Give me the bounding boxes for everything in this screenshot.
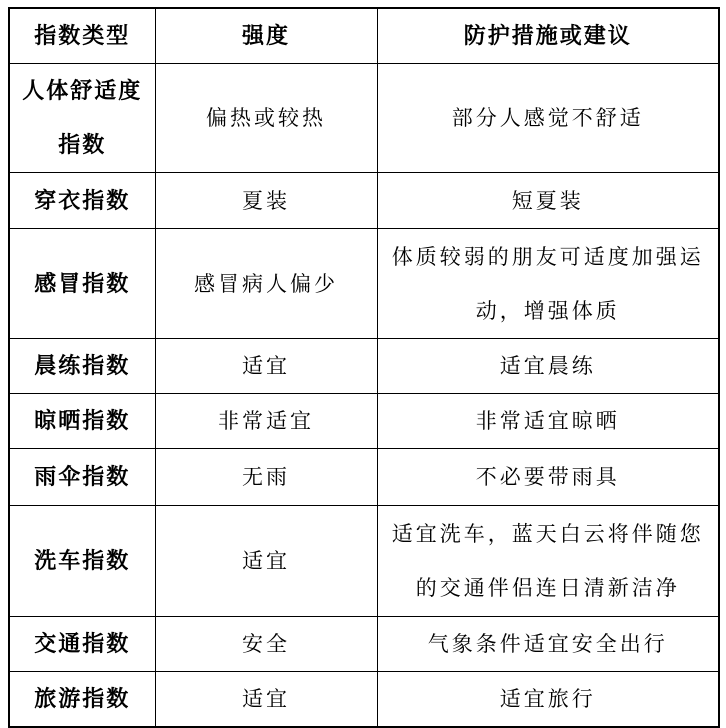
table-row: 交通指数 安全 气象条件适宜安全出行 (9, 617, 719, 672)
header-intensity: 强度 (155, 8, 377, 64)
intensity-cell: 感冒病人偏少 (155, 229, 377, 339)
advice-cell: 短夏装 (377, 173, 719, 229)
advice-cell: 适宜洗车，蓝天白云将伴随您的交通伴侣连日清新洁净 (377, 506, 719, 617)
index-type-cell: 洗车指数 (9, 506, 155, 617)
index-type-cell: 雨伞指数 (9, 449, 155, 506)
intensity-cell: 夏装 (155, 173, 377, 229)
index-type-cell: 感冒指数 (9, 229, 155, 339)
index-type-cell: 晾晒指数 (9, 394, 155, 449)
table-row: 旅游指数 适宜 适宜旅行 (9, 672, 719, 728)
weather-indices-table: 指数类型 强度 防护措施或建议 人体舒适度指数 偏热或较热 部分人感觉不舒适 穿… (8, 7, 720, 728)
intensity-cell: 适宜 (155, 672, 377, 728)
table-row: 晾晒指数 非常适宜 非常适宜晾晒 (9, 394, 719, 449)
table-row: 洗车指数 适宜 适宜洗车，蓝天白云将伴随您的交通伴侣连日清新洁净 (9, 506, 719, 617)
intensity-cell: 安全 (155, 617, 377, 672)
intensity-cell: 偏热或较热 (155, 64, 377, 173)
index-type-cell: 人体舒适度指数 (9, 64, 155, 173)
intensity-cell: 适宜 (155, 339, 377, 394)
advice-cell: 适宜旅行 (377, 672, 719, 728)
advice-cell: 非常适宜晾晒 (377, 394, 719, 449)
advice-cell: 部分人感觉不舒适 (377, 64, 719, 173)
intensity-cell: 非常适宜 (155, 394, 377, 449)
advice-cell: 不必要带雨具 (377, 449, 719, 506)
advice-cell: 体质较弱的朋友可适度加强运动，增强体质 (377, 229, 719, 339)
intensity-cell: 无雨 (155, 449, 377, 506)
header-advice: 防护措施或建议 (377, 8, 719, 64)
index-type-cell: 晨练指数 (9, 339, 155, 394)
table-header-row: 指数类型 强度 防护措施或建议 (9, 8, 719, 64)
index-type-cell: 交通指数 (9, 617, 155, 672)
header-index-type: 指数类型 (9, 8, 155, 64)
index-type-cell: 穿衣指数 (9, 173, 155, 229)
table-row: 感冒指数 感冒病人偏少 体质较弱的朋友可适度加强运动，增强体质 (9, 229, 719, 339)
table-row: 穿衣指数 夏装 短夏装 (9, 173, 719, 229)
index-type-cell: 旅游指数 (9, 672, 155, 728)
advice-cell: 适宜晨练 (377, 339, 719, 394)
intensity-cell: 适宜 (155, 506, 377, 617)
advice-cell: 气象条件适宜安全出行 (377, 617, 719, 672)
table-row: 雨伞指数 无雨 不必要带雨具 (9, 449, 719, 506)
table-row: 人体舒适度指数 偏热或较热 部分人感觉不舒适 (9, 64, 719, 173)
table-row: 晨练指数 适宜 适宜晨练 (9, 339, 719, 394)
